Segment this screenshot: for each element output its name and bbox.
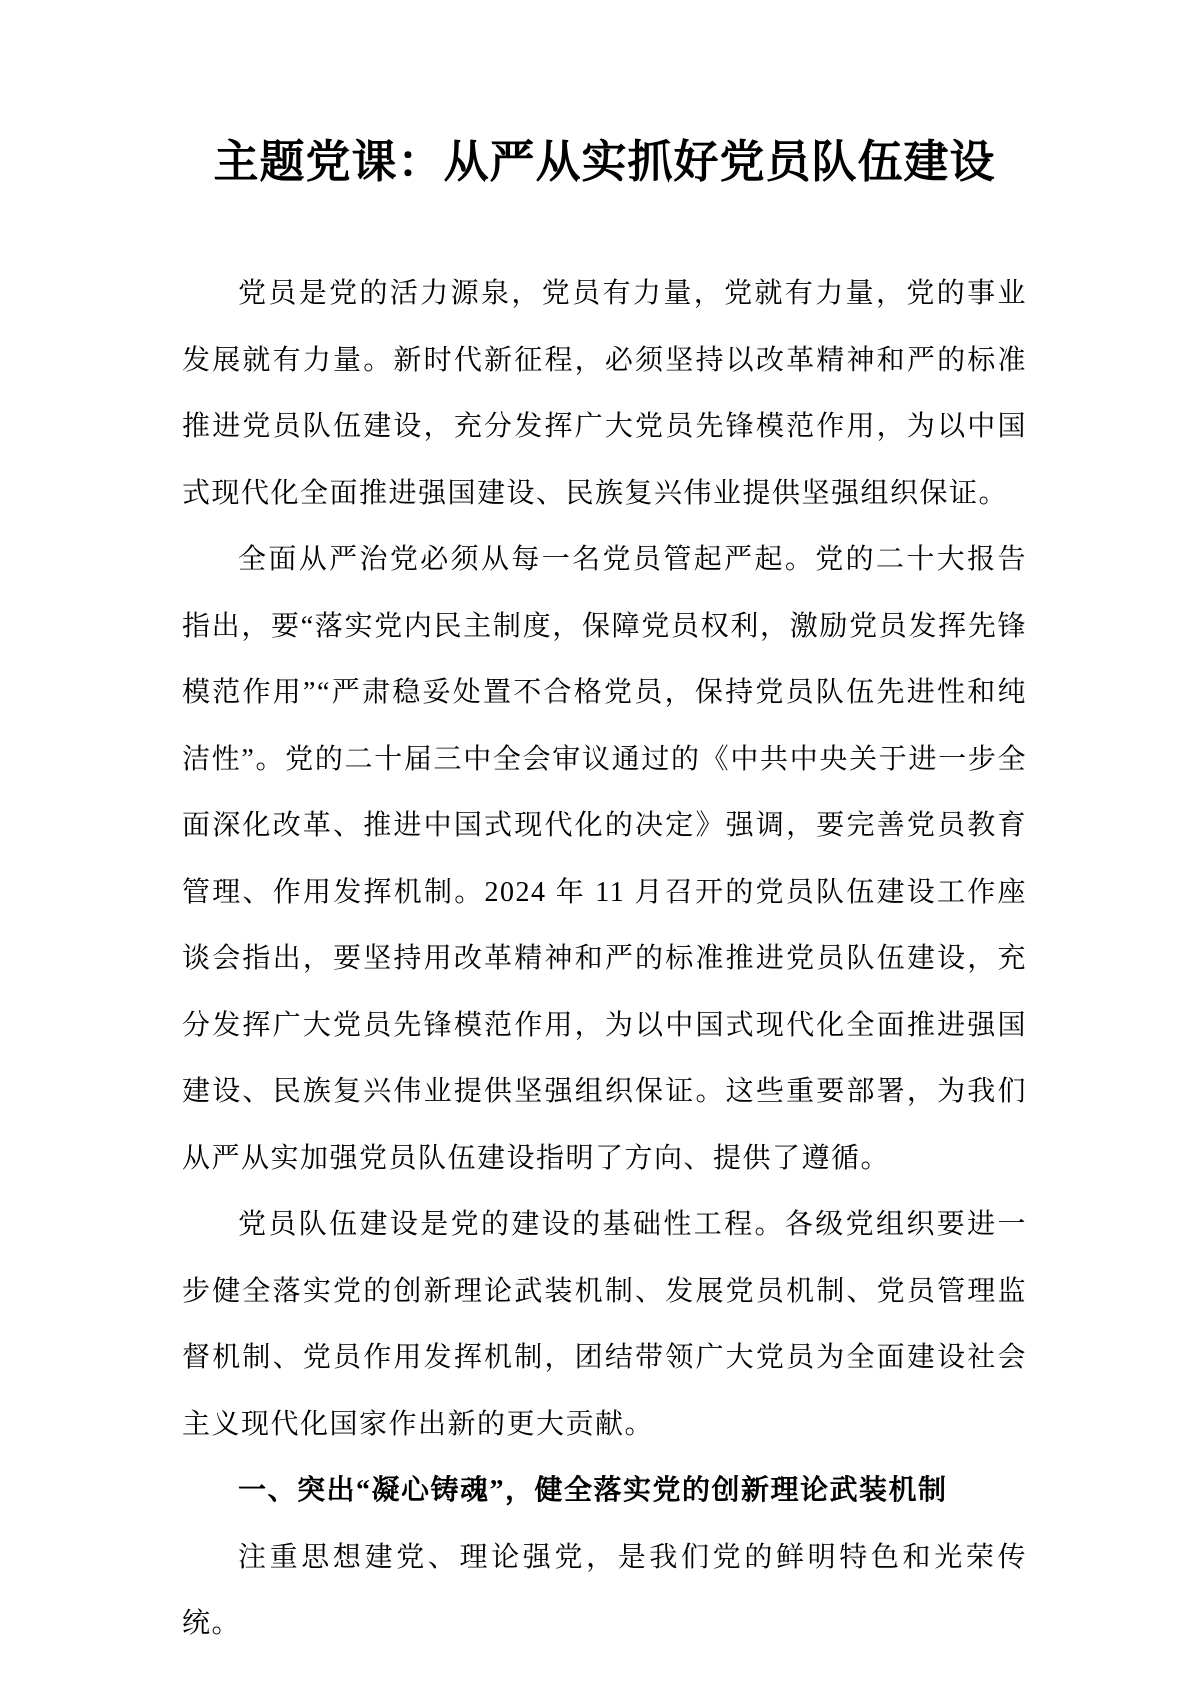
document-body: 党员是党的活力源泉，党员有力量，党就有力量，党的事业发展就有力量。新时代新征程，… [182,261,1027,1658]
document-title: 主题党课：从严从实抓好党员队伍建设 [182,130,1027,194]
document-page: 主题党课：从严从实抓好党员队伍建设 党员是党的活力源泉，党员有力量，党就有力量，… [0,0,1190,1683]
paragraph: 注重思想建党、理论强党，是我们党的鲜明特色和光荣传统。 [182,1525,1027,1658]
paragraph: 党员队伍建设是党的建设的基础性工程。各级党组织要进一步健全落实党的创新理论武装机… [182,1192,1027,1458]
paragraph: 党员是党的活力源泉，党员有力量，党就有力量，党的事业发展就有力量。新时代新征程，… [182,261,1027,527]
section-heading: 一、突出“凝心铸魂”，健全落实党的创新理论武装机制 [182,1458,1027,1525]
paragraph: 全面从严治党必须从每一名党员管起严起。党的二十大报告指出，要“落实党内民主制度，… [182,527,1027,1192]
